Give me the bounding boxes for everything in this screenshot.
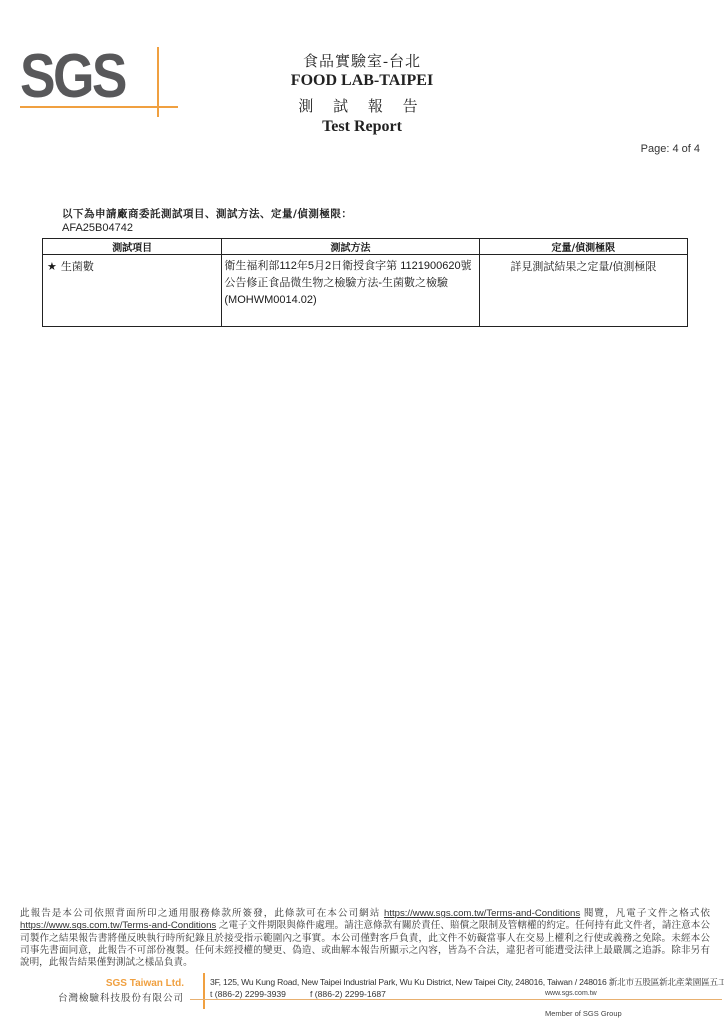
logo-horizontal-line	[20, 106, 178, 108]
footer-divider-horizontal	[190, 999, 722, 1000]
terms-link[interactable]: https://www.sgs.com.tw/Terms-and-Conditi…	[384, 908, 580, 919]
test-method-cell: 衛生福利部112年5月2日衛授食字第 1121900620號 公告修正食品微生物…	[222, 255, 479, 327]
report-title-en: Test Report	[262, 118, 462, 136]
intro-text: 以下為申請廠商委託測試項目、測試方法、定量/偵測極限：	[62, 206, 352, 221]
detection-limit-cell: 詳見測試結果之定量/偵測極限	[479, 255, 687, 327]
header-test-item: 測試項目	[43, 239, 222, 255]
phone-number: t (886-2) 2299-3939	[210, 989, 286, 999]
logo-vertical-line	[157, 47, 159, 117]
method-line: (MOHWM0014.02)	[224, 292, 478, 309]
reference-number: AFA25B04742	[62, 222, 133, 234]
test-item-name: 生菌數	[61, 261, 94, 273]
method-line: 衛生福利部112年5月2日衛授食字第 1121900620號	[224, 258, 478, 275]
header-test-method: 測試方法	[222, 239, 479, 255]
test-item-cell: ★生菌數	[43, 255, 222, 327]
website-link[interactable]: www.sgs.com.tw	[545, 990, 597, 997]
lab-name-en: FOOD LAB-TAIPEI	[262, 72, 462, 90]
company-name-cn: 台灣檢驗科技股份有限公司	[58, 990, 184, 1004]
company-address: 3F, 125, Wu Kung Road, New Taipei Indust…	[210, 976, 724, 988]
disclaimer-text: 此報告是本公司依照背面所印之通用服務條款所簽發，此條款可在本公司網站	[20, 908, 384, 919]
table-header-row: 測試項目 測試方法 定量/偵測極限	[43, 239, 688, 255]
method-line: 公告修正食品微生物之檢驗方法-生菌數之檢驗	[224, 275, 478, 292]
page-number: Page: 4 of 4	[641, 143, 700, 155]
lab-name-cn: 食品實驗室-台北	[262, 50, 462, 71]
company-name-en: SGS Taiwan Ltd.	[106, 978, 184, 989]
report-title-cn: 測 試 報 告	[262, 95, 462, 116]
footer-divider-vertical	[203, 973, 205, 1009]
fax-number: f (886-2) 2299-1687	[310, 989, 386, 999]
header-detection-limit: 定量/偵測極限	[479, 239, 687, 255]
table-row: ★生菌數 衛生福利部112年5月2日衛授食字第 1121900620號 公告修正…	[43, 255, 688, 327]
test-items-table: 測試項目 測試方法 定量/偵測極限 ★生菌數 衛生福利部112年5月2日衛授食字…	[42, 238, 688, 327]
logo-text: SGS	[20, 46, 125, 108]
sgs-logo: SGS	[18, 44, 183, 120]
star-icon: ★	[47, 261, 57, 273]
member-label: Member of SGS Group	[545, 1009, 622, 1018]
disclaimer: 此報告是本公司依照背面所印之通用服務條款所簽發，此條款可在本公司網站 https…	[20, 908, 710, 969]
terms-link[interactable]: https://www.sgs.com.tw/Terms-and-Conditi…	[20, 920, 216, 931]
disclaimer-text: 閱覽，凡電子文件之格式依	[580, 908, 710, 919]
